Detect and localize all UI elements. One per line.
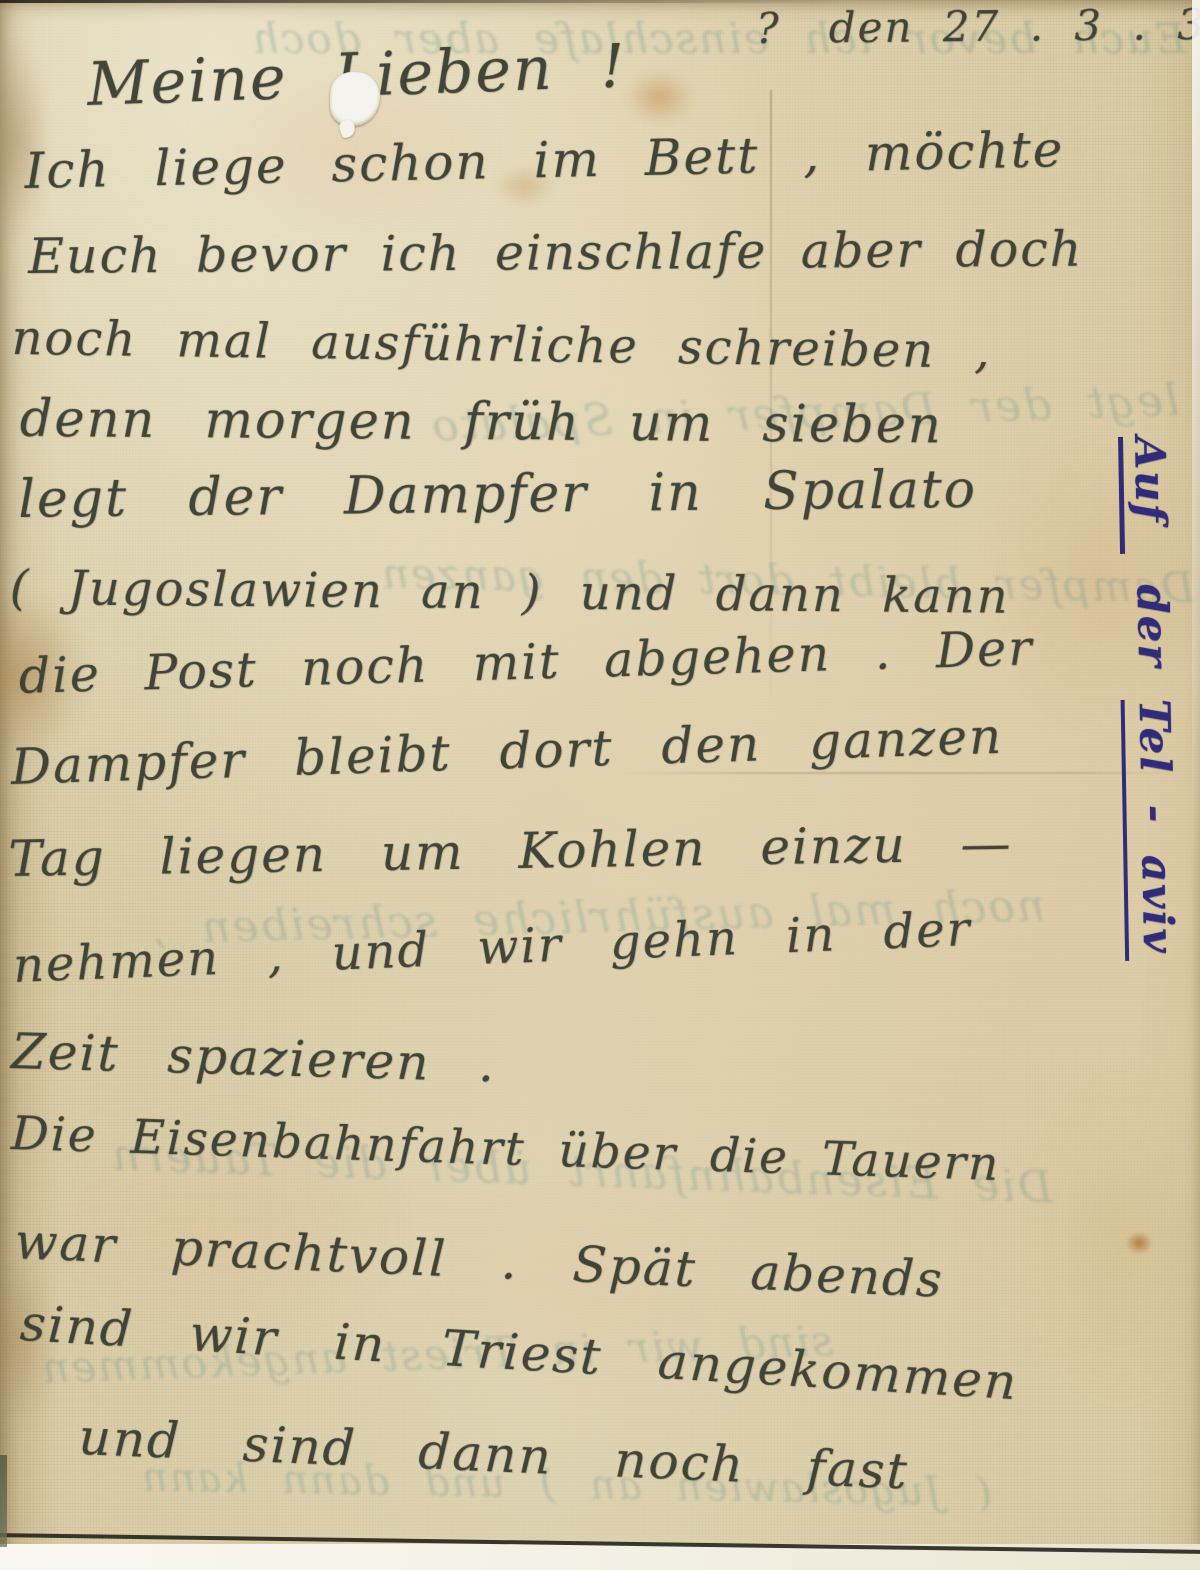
margin-note-word: Auf bbox=[1118, 436, 1176, 554]
margin-note: Auf der Tel - aviv bbox=[1125, 436, 1183, 961]
stain bbox=[0, 40, 50, 240]
margin-note-word: der bbox=[1128, 584, 1178, 669]
letter-line: noch mal ausführliche schreiben , bbox=[11, 310, 992, 380]
letter-line: denn morgen früh um sieben bbox=[20, 390, 943, 455]
page-edge-right bbox=[1192, 0, 1200, 900]
letter-line: sind wir in Triest angekommen bbox=[19, 1294, 1020, 1411]
page-edge-bottom-left bbox=[0, 1455, 7, 1547]
date-line: ?den 27 . 3 . 36. bbox=[756, 0, 1200, 53]
letter-line: Euch bevor ich einschlafe aber doch bbox=[28, 221, 1083, 285]
margin-note-word: Tel - aviv bbox=[1121, 699, 1184, 962]
letter-scan-page: Euch bevor ich einschlafe aber doch legt… bbox=[0, 0, 1200, 1570]
letter-line: war prachtvoll . Spät abends bbox=[14, 1212, 945, 1309]
punch-hole bbox=[330, 72, 380, 126]
page-edge-top bbox=[0, 0, 860, 3]
archivist-query-mark: ? bbox=[756, 4, 781, 53]
letter-line: Ich liege schon im Bett , möchte bbox=[24, 120, 1065, 200]
letter-line: ( Jugoslawien an ) und dann kann bbox=[10, 560, 1010, 625]
letter-line: Tag liegen um Kohlen einzu — bbox=[8, 814, 1013, 888]
letter-line: Zeit spazieren . bbox=[10, 1022, 497, 1094]
stain bbox=[1126, 1232, 1152, 1254]
letter-line: Dampfer bleibt dort den ganzen bbox=[10, 707, 1004, 796]
stain bbox=[625, 70, 695, 125]
stain bbox=[1020, 1060, 1200, 1420]
date-text: den 27 . 3 . 36. bbox=[829, 0, 1200, 52]
letter-line: die Post noch mit abgehen . Der bbox=[18, 620, 1034, 705]
letter-line: legt der Dampfer in Spalato bbox=[18, 460, 977, 530]
